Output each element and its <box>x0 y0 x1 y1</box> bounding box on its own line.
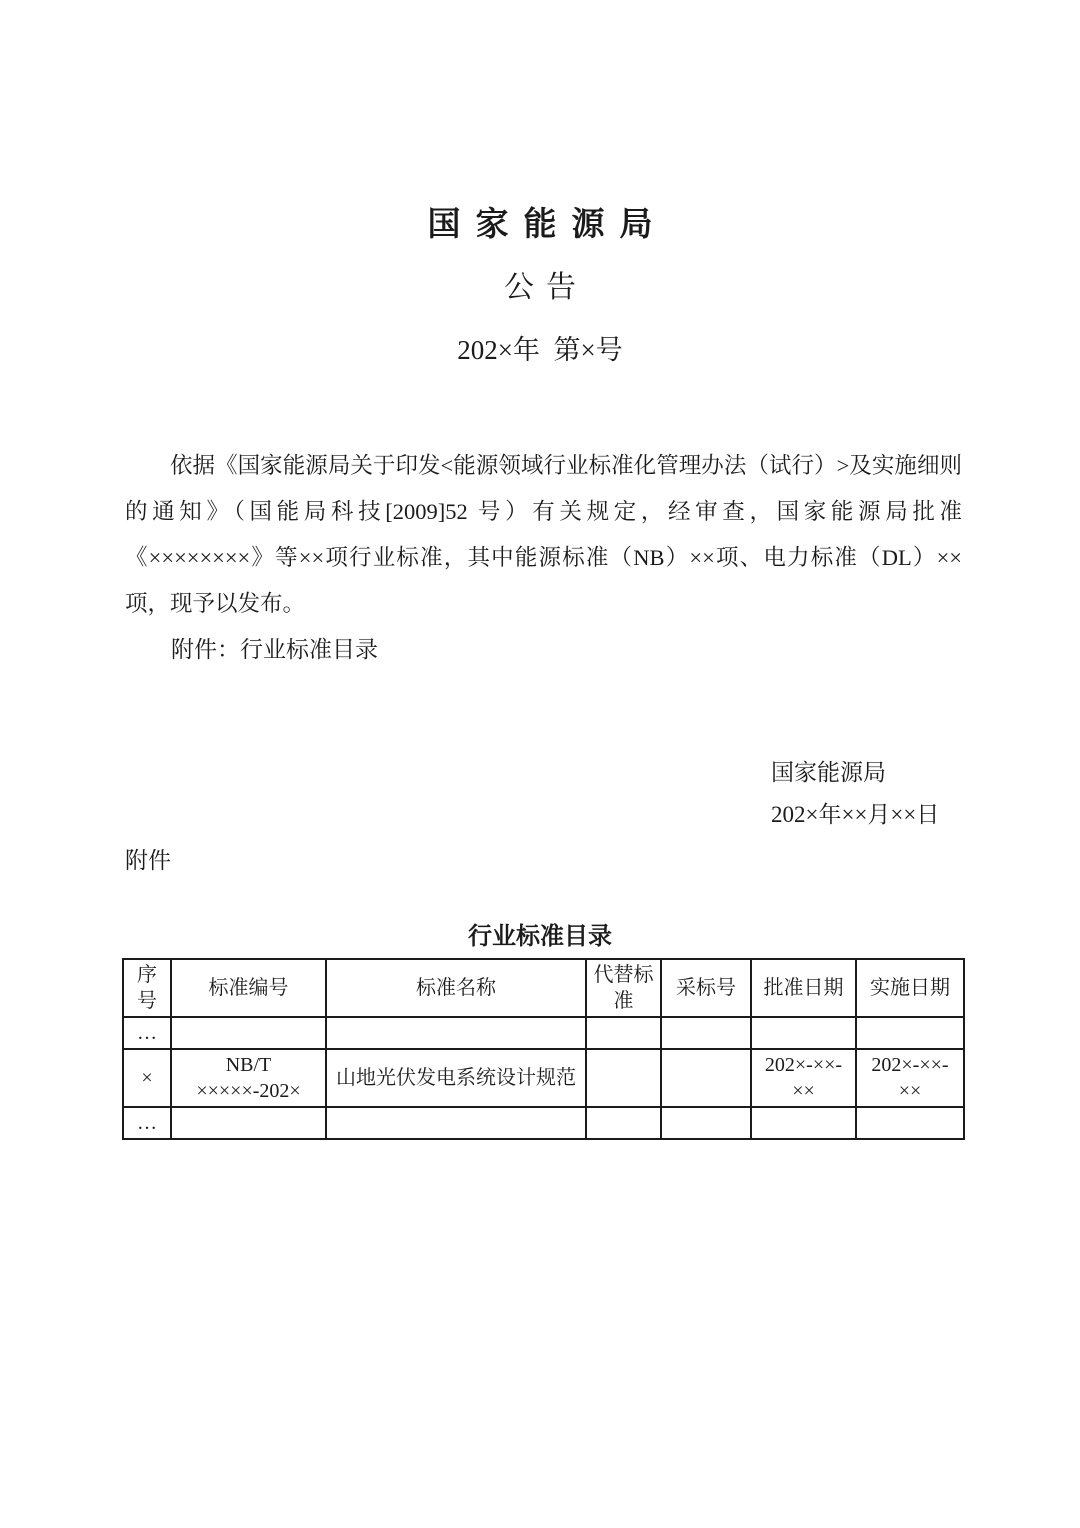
cell-standard-name <box>326 1107 586 1139</box>
table-header-row: 序号 标准编号 标准名称 代替标准 采标号 批准日期 实施日期 <box>123 959 964 1017</box>
cell-standard-number: NB/T ×××××-202× <box>171 1049 326 1107</box>
table-row: … <box>123 1107 964 1139</box>
document-page: 国家能源局 公告 202×年 第×号 依据《国家能源局关于印发<能源领域行业标准… <box>0 0 1080 1528</box>
table-row: … <box>123 1017 964 1049</box>
issue-number-line: 202×年 第×号 <box>0 328 1080 367</box>
cell-serial: … <box>123 1017 171 1049</box>
attachment-label: 附件 <box>125 842 171 875</box>
table-title: 行业标准目录 <box>0 916 1080 951</box>
cell-serial: … <box>123 1107 171 1139</box>
cell-impl-date: 202×-××-×× <box>856 1049 964 1107</box>
cell-replaced <box>586 1049 661 1107</box>
header-standard-name: 标准名称 <box>326 959 586 1017</box>
cell-standard-number <box>171 1107 326 1139</box>
doc-title: 国家能源局 <box>0 198 1080 245</box>
cell-adopted <box>661 1049 751 1107</box>
cell-adopted <box>661 1107 751 1139</box>
header-serial-number: 序号 <box>123 959 171 1017</box>
cell-approval-date <box>751 1107 856 1139</box>
attachment-reference-line: 附件：行业标准目录 <box>125 631 962 664</box>
cell-approval-date: 202×-××-×× <box>751 1049 856 1107</box>
cell-adopted <box>661 1017 751 1049</box>
doc-subtitle: 公告 <box>0 262 1080 306</box>
cell-serial: × <box>123 1049 171 1107</box>
cell-replaced <box>586 1107 661 1139</box>
header-standard-number: 标准编号 <box>171 959 326 1017</box>
signature-date: 202×年××月××日 <box>771 796 939 829</box>
header-adopted-number: 采标号 <box>661 959 751 1017</box>
cell-impl-date <box>856 1017 964 1049</box>
cell-impl-date <box>856 1107 964 1139</box>
body-paragraph: 依据《国家能源局关于印发<能源领域行业标准化管理办法（试行）>及实施细则的通知》… <box>125 443 962 627</box>
standards-table: 序号 标准编号 标准名称 代替标准 采标号 批准日期 实施日期 … × NB/T… <box>122 958 965 1140</box>
header-approval-date: 批准日期 <box>751 959 856 1017</box>
cell-approval-date <box>751 1017 856 1049</box>
header-replaced-standard: 代替标准 <box>586 959 661 1017</box>
header-implementation-date: 实施日期 <box>856 959 964 1017</box>
cell-replaced <box>586 1017 661 1049</box>
table-row: × NB/T ×××××-202× 山地光伏发电系统设计规范 202×-××-×… <box>123 1049 964 1107</box>
cell-standard-name: 山地光伏发电系统设计规范 <box>326 1049 586 1107</box>
cell-standard-number <box>171 1017 326 1049</box>
signature-org: 国家能源局 <box>771 754 886 787</box>
cell-standard-name <box>326 1017 586 1049</box>
